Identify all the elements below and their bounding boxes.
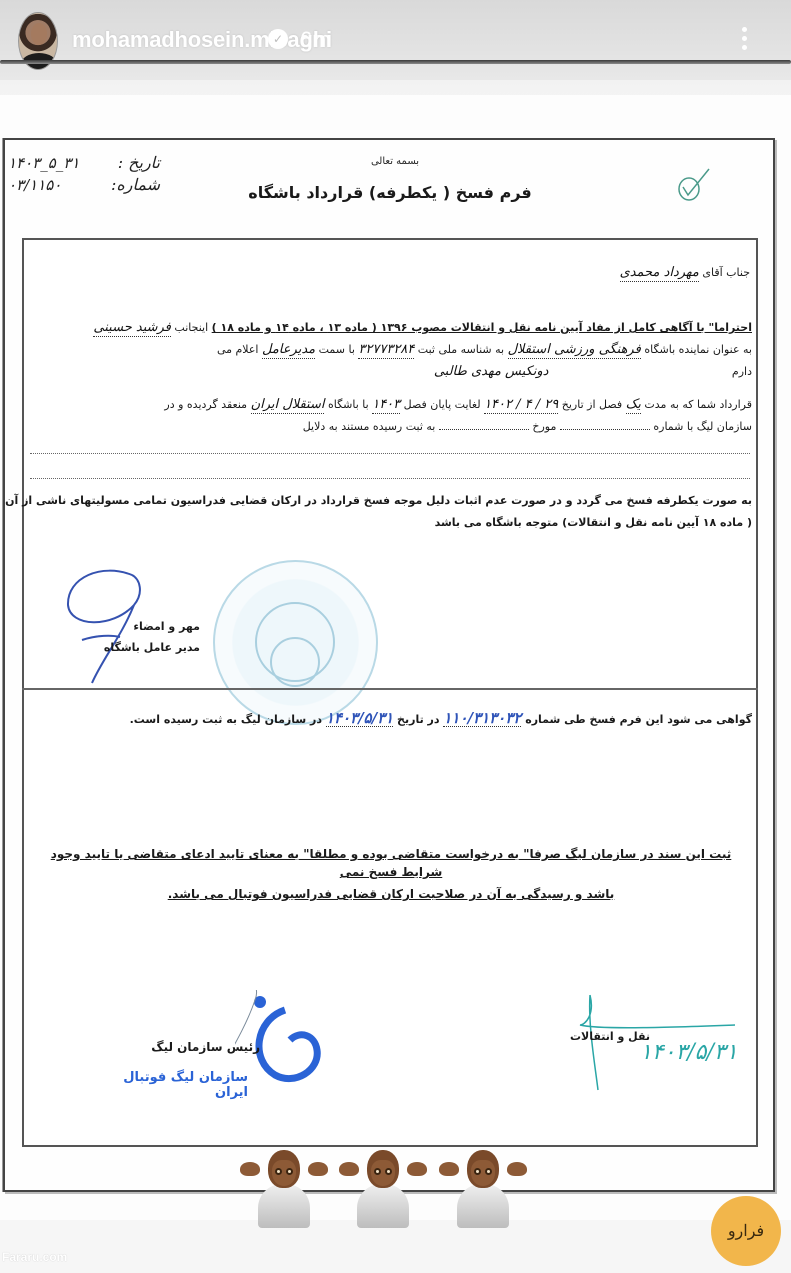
para2-line1-mid: فصل از تاریخ: [562, 398, 622, 411]
registration-line: گواهی می شود این فرم فسخ طی شماره ۱۱۰/۳۱…: [30, 710, 752, 728]
recipient-name: مهرداد محمدی: [620, 265, 699, 282]
legal-notice: ثبت این سند در سازمان لیگ صرفا" به درخوا…: [30, 845, 752, 903]
transfers-label: نقل و انتقالات: [540, 1030, 650, 1043]
besmele: بسمه تعالی: [330, 156, 460, 167]
club-name-fill: فرهنگی ورزشی استقلال: [508, 342, 641, 359]
para1-line3-prefix: دارم: [732, 365, 752, 378]
verified-badge-icon: ✓: [268, 29, 288, 49]
watermark: Fararu.com: [2, 1250, 67, 1264]
legal-notice-line1: ثبت این سند در سازمان لیگ صرفا" به درخوا…: [30, 845, 752, 881]
reason-fill: دونکیس مهدی طالبی: [434, 364, 549, 379]
para2-line1: قرارداد شما که به مدت یک فصل از تاریخ ۲۹…: [30, 397, 752, 414]
check-mark-icon: [675, 165, 711, 205]
seal-ring: [270, 637, 320, 687]
reason-blank-line-2: [30, 478, 750, 479]
person-shrugging-emoji: [437, 1148, 528, 1228]
para2-line2-suffix: به ثبت رسیده مستند به دلایل: [303, 420, 436, 433]
reason-blank-line-1: [30, 453, 750, 454]
registration-date-fill: ۱۴۰۳/۵/۳۱: [326, 710, 393, 727]
league-president-label: رئیس سازمان لیگ: [120, 1040, 260, 1054]
document-title: فرم فسخ ( یکطرفه) قرارداد باشگاه: [230, 183, 550, 202]
para1-line2-mid2: با سمت: [319, 343, 355, 356]
para2-line1-mid3: با باشگاه: [328, 398, 369, 411]
league-number-blank: [560, 429, 650, 430]
club-seal-stamp: [213, 560, 378, 725]
para2-line2: سازمان لیگ با شماره مورخ به ثبت رسیده مس…: [30, 419, 752, 435]
more-dot: [742, 45, 747, 50]
league-date-blank: [439, 429, 529, 430]
section-divider: [22, 688, 758, 690]
para1-line1-bold: احتراما" با آگاهی کامل از مفاد آیین نامه…: [212, 321, 752, 334]
para1-line3: دارم دونکیس مهدی طالبی: [30, 364, 752, 380]
registration-prefix: گواهی می شود این فرم فسخ طی شماره: [525, 713, 752, 726]
para1-line2-prefix: به عنوان نماینده باشگاه: [644, 343, 752, 356]
para1-line1: احتراما" با آگاهی کامل از مفاد آیین نامه…: [30, 320, 752, 337]
registration-number-fill: ۱۱۰/۳۱۳۰۳۲: [443, 710, 521, 727]
para3-line2: ( ماده ۱۸ آیین نامه نقل و انتقالات) متوج…: [30, 515, 752, 531]
para2-line1-mid2: لغایت پایان فصل: [404, 398, 481, 411]
person-shrugging-emoji: [238, 1148, 329, 1228]
avatar-face: [31, 23, 47, 45]
seal-signature-label: مهر و امضاء: [100, 620, 200, 633]
more-dot: [742, 36, 747, 41]
league-logo-text: سازمان لیگ فوتبال ایران: [108, 1070, 248, 1100]
para1-line2-mid: به شناسه ملی ثبت: [418, 343, 504, 356]
season-fill: ۱۴۰۳: [372, 397, 400, 414]
representative-name: فرشید حسینی: [93, 320, 170, 337]
role-fill: مدیرعامل: [262, 342, 315, 359]
para1-line2-suffix: اعلام می: [217, 343, 259, 356]
username[interactable]: mohamadhosein.misaghi: [72, 27, 332, 53]
para2-line2-prefix: سازمان لیگ با شماره: [653, 420, 752, 433]
fararu-logo-glyph: فرارو: [711, 1196, 781, 1266]
contract-club-fill: استقلال ایران: [251, 397, 325, 414]
para2-line1-prefix: قرارداد شما که به مدت: [644, 398, 752, 411]
story-progress-bar: [0, 60, 791, 64]
para3-line1: به صورت یکطرفه فسخ می گردد و در صورت عدم…: [30, 493, 752, 509]
more-options-button[interactable]: [736, 24, 752, 58]
para1-line2: به عنوان نماینده باشگاه فرهنگی ورزشی است…: [30, 342, 752, 359]
recipient-prefix: جناب آقای: [702, 266, 750, 279]
start-date-fill: ۲۹ / ۴ / ۱۴۰۲: [484, 397, 558, 414]
registration-suffix: در سازمان لیگ به ثبت رسیده است.: [130, 713, 322, 726]
legal-notice-line2: باشد و رسیدگی به آن در صلاحیت ارکان قضای…: [30, 885, 752, 903]
club-ceo-label: مدیر عامل باشگاه: [80, 641, 200, 654]
date-number-labels: تاریخ : شماره:: [100, 152, 160, 196]
transfers-date-fill: ۱۴۰۳/۵/۳۱: [640, 1040, 738, 1065]
fararu-logo-badge: فرارو: [711, 1196, 781, 1266]
national-id-fill: ۳۲۷۷۳۲۸۴: [358, 342, 414, 359]
person-shrugging-emoji: [337, 1148, 428, 1228]
more-vertical-icon: [742, 27, 747, 32]
time-ago: 6m: [300, 27, 331, 53]
para2-line2-mid: مورخ: [532, 420, 556, 433]
registration-mid: در تاریخ: [397, 713, 439, 726]
recipient-line: جناب آقای مهرداد محمدی: [500, 265, 750, 282]
duration-fill: یک: [626, 397, 641, 414]
shrug-emoji-row: [238, 1148, 528, 1228]
para2-line1-suffix: منعقد گردیده و در: [164, 398, 247, 411]
number-label: شماره:: [100, 174, 160, 196]
para1-line1-suffix: اینجانب: [174, 321, 208, 334]
date-label: تاریخ :: [100, 152, 160, 174]
